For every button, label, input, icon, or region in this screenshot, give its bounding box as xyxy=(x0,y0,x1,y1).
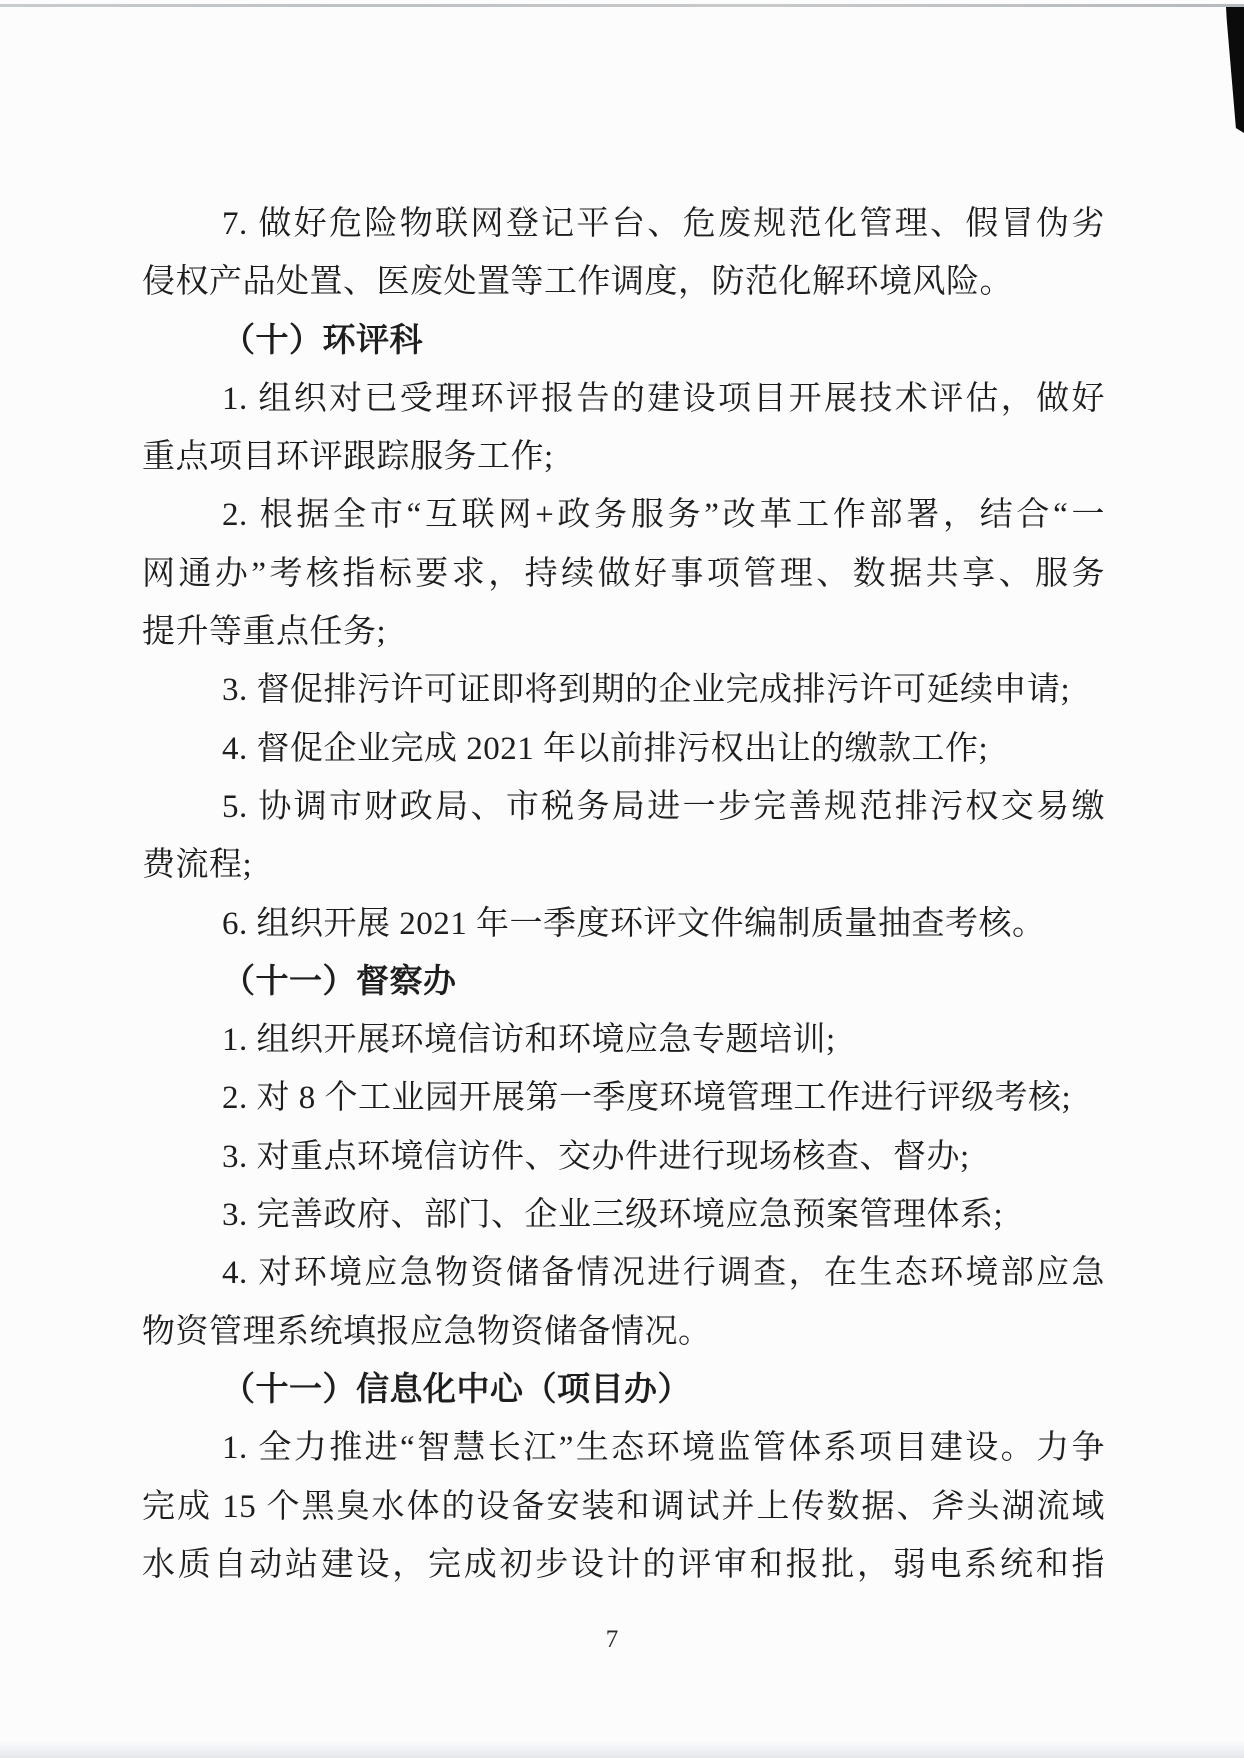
doc-line: 重点项目环评跟踪服务工作; xyxy=(142,428,1105,486)
doc-line: 物资管理系统填报应急物资储备情况。 xyxy=(142,1303,1105,1361)
doc-line: 7. 做好危险物联网登记平台、危废规范化管理、假冒伪劣 xyxy=(142,195,1105,253)
doc-line: 提升等重点任务; xyxy=(142,603,1105,661)
section-heading: （十）环评科 xyxy=(142,312,1105,370)
doc-line: 水质自动站建设，完成初步设计的评审和报批，弱电系统和指 xyxy=(142,1536,1105,1594)
scan-top-edge-line xyxy=(0,4,1244,7)
doc-line: 完成 15 个黑臭水体的设备安装和调试并上传数据、斧头湖流域 xyxy=(142,1478,1105,1536)
doc-line: 2. 对 8 个工业园开展第一季度环境管理工作进行评级考核; xyxy=(142,1069,1105,1127)
doc-line: 3. 完善政府、部门、企业三级环境应急预案管理体系; xyxy=(142,1186,1105,1244)
doc-line: 侵权产品处置、医废处置等工作调度，防范化解环境风险。 xyxy=(142,253,1105,311)
page-number: 7 xyxy=(0,1626,1224,1654)
doc-line: 6. 组织开展 2021 年一季度环评文件编制质量抽查考核。 xyxy=(142,895,1105,953)
scan-corner-artifact xyxy=(1226,7,1244,133)
document-body: 7. 做好危险物联网登记平台、危废规范化管理、假冒伪劣 侵权产品处置、医废处置等… xyxy=(142,195,1105,1594)
section-heading: （十一）信息化中心（项目办） xyxy=(142,1361,1105,1419)
doc-line: 1. 组织开展环境信访和环境应急专题培训; xyxy=(142,1011,1105,1069)
doc-line: 4. 督促企业完成 2021 年以前排污权出让的缴款工作; xyxy=(142,720,1105,778)
doc-line: 网通办”考核指标要求，持续做好事项管理、数据共享、服务 xyxy=(142,545,1105,603)
document-page: 7. 做好危险物联网登记平台、危废规范化管理、假冒伪劣 侵权产品处置、医废处置等… xyxy=(0,0,1244,1758)
doc-line: 4. 对环境应急物资储备情况进行调查，在生态环境部应急 xyxy=(142,1244,1105,1302)
scan-bottom-edge-band xyxy=(0,1740,1244,1758)
section-heading: （十一）督察办 xyxy=(142,953,1105,1011)
doc-line: 1. 组织对已受理环评报告的建设项目开展技术评估，做好 xyxy=(142,370,1105,428)
doc-line: 3. 督促排污许可证即将到期的企业完成排污许可延续申请; xyxy=(142,661,1105,719)
doc-line: 费流程; xyxy=(142,836,1105,894)
doc-line: 3. 对重点环境信访件、交办件进行现场核查、督办; xyxy=(142,1128,1105,1186)
doc-line: 2. 根据全市“互联网+政务服务”改革工作部署，结合“一 xyxy=(142,486,1105,544)
doc-line: 1. 全力推进“智慧长江”生态环境监管体系项目建设。力争 xyxy=(142,1419,1105,1477)
doc-line: 5. 协调市财政局、市税务局进一步完善规范排污权交易缴 xyxy=(142,778,1105,836)
